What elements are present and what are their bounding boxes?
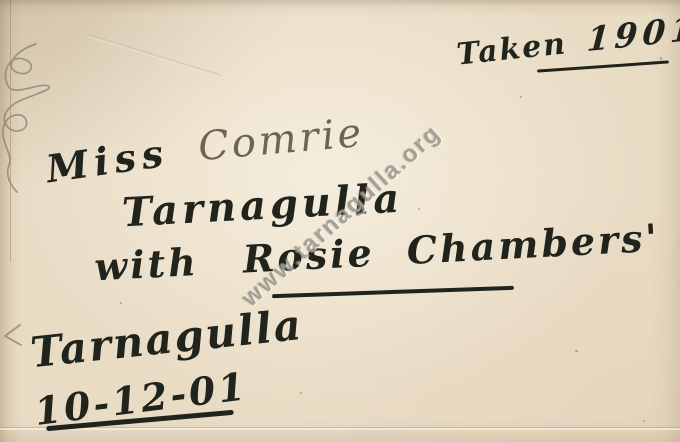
pencil-x-mark — [2, 322, 24, 350]
paper-speck — [575, 350, 578, 352]
dedication-with: with — [93, 239, 200, 289]
pencil-scribble — [0, 42, 54, 202]
taken-year: 1901 — [586, 11, 680, 56]
paper-speck — [660, 57, 662, 60]
bottom-fold-crease — [0, 427, 680, 431]
paper-speck — [300, 392, 302, 394]
scanned-inscription-page: Taken 1901 Miss Comrie Tarnagulla with R… — [0, 0, 680, 442]
paper-speck — [643, 420, 645, 422]
paper-speck — [418, 208, 420, 210]
paper-speck — [520, 96, 522, 98]
paper-speck — [120, 302, 122, 304]
